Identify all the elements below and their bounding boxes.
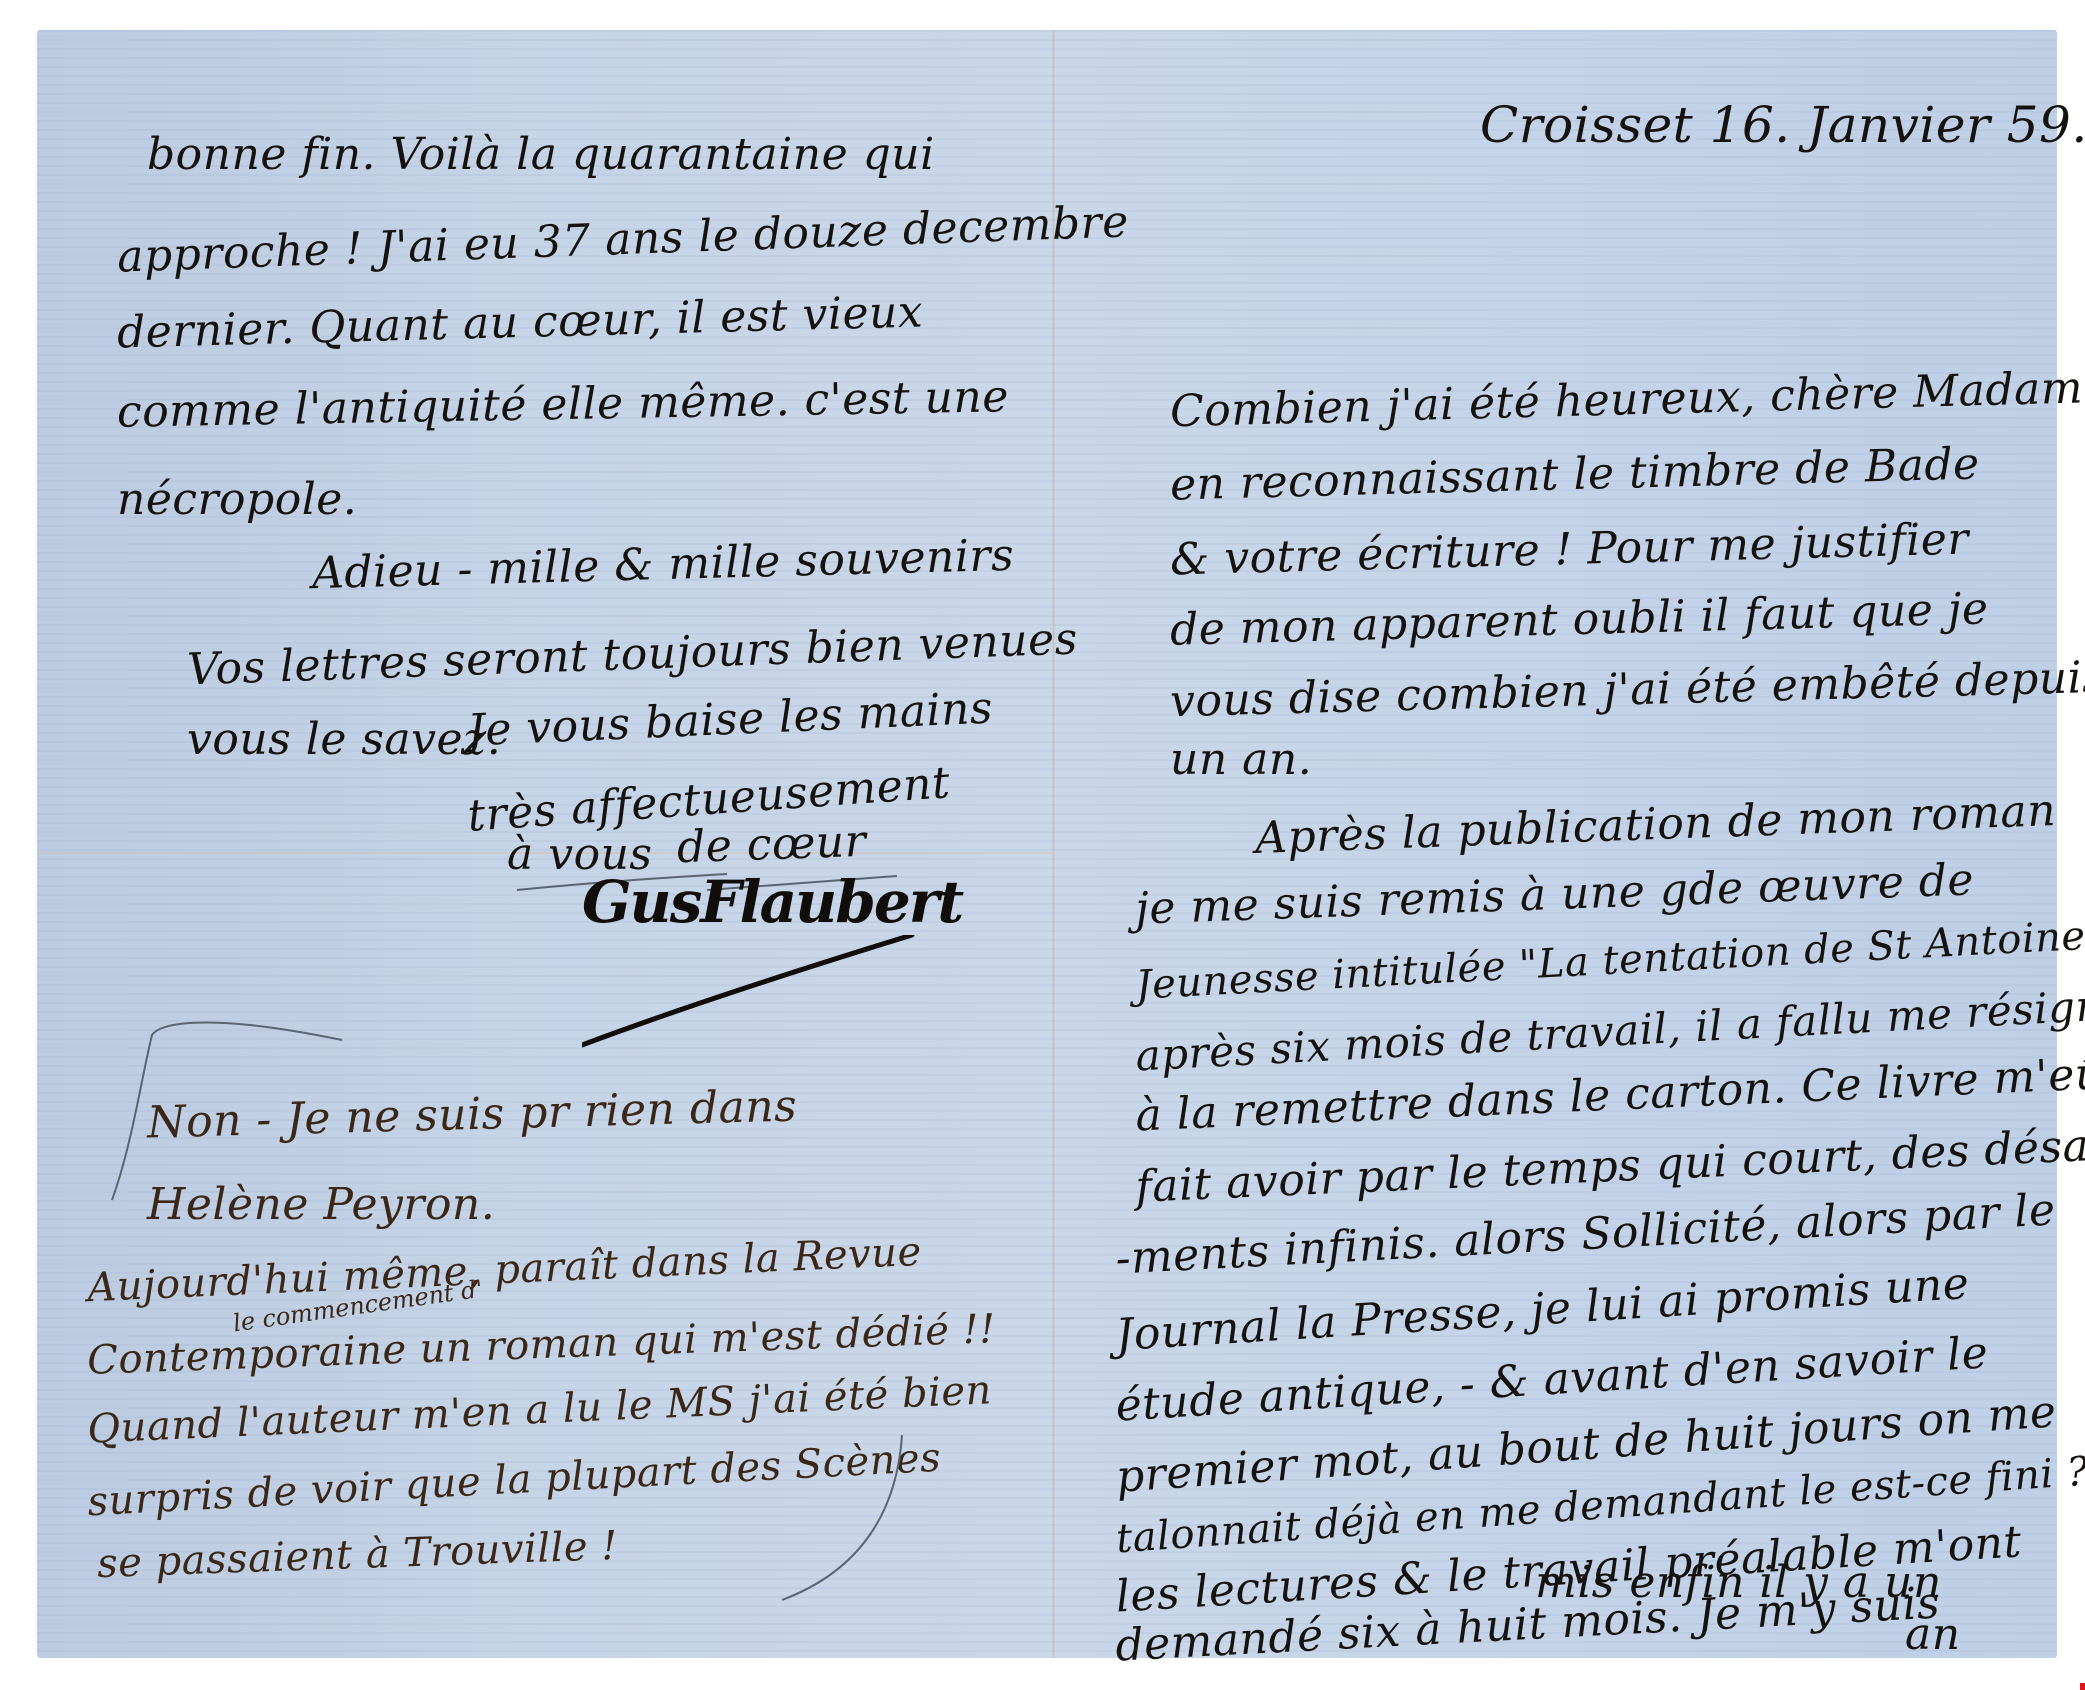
right-line-20: mis enfin il y a un	[1535, 1558, 1942, 1608]
right-page: Croisset 16. Janvier 59. Combien j'ai ét…	[1055, 30, 2057, 1658]
closing-line-1: Adieu - mille & mille souvenirs	[311, 531, 1014, 599]
left-line-2: approche ! J'ai eu 37 ans le douze decem…	[116, 197, 1129, 282]
signature-flourish	[582, 935, 962, 1055]
right-line-4: de mon apparent oubli il faut que je	[1169, 584, 1989, 655]
right-line-5: vous dise combien j'ai été embêté depuis	[1170, 653, 2085, 727]
left-line-3: dernier. Quant au cœur, il est vieux	[116, 287, 923, 358]
right-line-7: Après la publication de mon roman	[1254, 786, 2056, 864]
dateline: Croisset 16. Janvier 59.	[1480, 100, 2085, 150]
right-line-5-text: vous dise combien j'ai été embêté depuis	[1169, 652, 2085, 727]
closing-line-2: Vos lettres seront toujours bien venues	[186, 614, 1078, 695]
closing-line-4: Je vous baise les mains	[466, 684, 994, 757]
right-line-6: un an.	[1170, 735, 1312, 785]
postscript-line-1: Non - Je ne suis pr rien dans	[146, 1081, 797, 1148]
postscript-line-3: Aujourd'hui même, paraît dans la Revue	[86, 1227, 922, 1313]
postscript-line-7: se passaient à Trouville !	[96, 1521, 618, 1589]
right-line-3: & votre écriture ! Pour me justifier	[1169, 515, 1969, 586]
letter-sheet: bonne fin. Voilà la quarantaine qui appr…	[37, 30, 2057, 1658]
left-line-1: bonne fin. Voilà la quarantaine qui	[147, 130, 935, 180]
corner-color-mark	[2080, 1683, 2085, 1690]
right-line-1: Combien j'ai été heureux, chère Madame	[1170, 363, 2085, 438]
left-line-5: nécropole.	[117, 475, 357, 525]
left-line-4: comme l'antiquité elle même. c'est une	[117, 372, 1010, 438]
right-line-21: an	[1905, 1610, 1961, 1660]
signature: GusFlaubert	[582, 868, 962, 936]
postscript-line-2: Helène Peyron.	[147, 1180, 495, 1230]
left-page: bonne fin. Voilà la quarantaine qui appr…	[37, 30, 1052, 1658]
right-line-2: en reconnaissant le timbre de Bade	[1169, 439, 1980, 510]
valediction-de-coeur: de cœur	[676, 817, 867, 874]
closing-line-3: vous le savez.	[187, 715, 501, 765]
